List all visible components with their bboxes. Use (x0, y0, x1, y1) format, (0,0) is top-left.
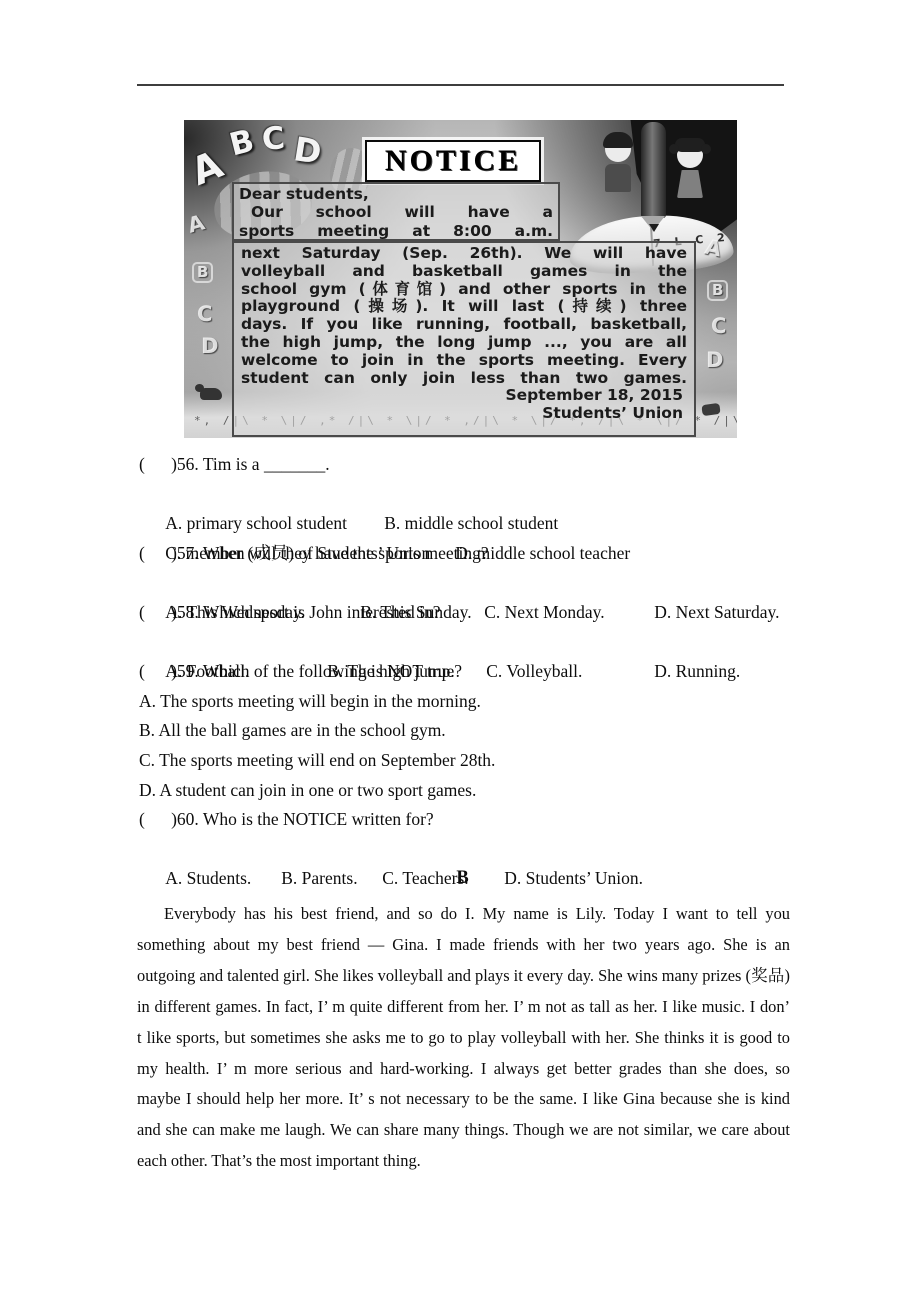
option-d: D. Students’ Union. (504, 864, 643, 894)
passage-line: in different games. In fact, I’ m quite … (137, 992, 790, 1023)
passage-line: t like sports, but sometimes she asks me… (137, 1023, 790, 1054)
girl-head (677, 142, 703, 168)
option-c: C. The sports meeting will end on Septem… (139, 746, 495, 776)
notice-image: A B C D 7 L C 2 A B C D A B C (184, 120, 737, 438)
question-59-option-d: D. A student can join in one or two spor… (139, 776, 786, 806)
option-c: C. Next Monday. (484, 598, 654, 628)
option-b: B. All the ball games are in the school … (139, 716, 446, 746)
boy-body (605, 164, 631, 192)
option-d: D. Running. (654, 657, 740, 687)
notice-date: September 18, 2015 (241, 387, 687, 405)
letter-d-decoration: D (291, 129, 324, 172)
option-c: C. Volleyball. (486, 657, 654, 687)
pencil-lead-icon (649, 224, 659, 232)
edge-letter-d-left: D (201, 334, 218, 358)
option-d: D. A student can join in one or two spor… (139, 776, 476, 806)
question-59-option-c: C. The sports meeting will end on Septem… (139, 746, 786, 776)
passage-line: Everybody has his best friend, and so do… (137, 899, 790, 930)
question-60-stem: ( )60. Who is the NOTICE written for? (139, 805, 786, 835)
letter-b-decoration: B (226, 123, 258, 164)
letter-c-decoration: C (260, 120, 286, 158)
girl-body (677, 170, 703, 198)
edge-letter-d-right: D (706, 348, 723, 372)
notice-line: student can only join less than two game… (241, 370, 687, 388)
passage-line: maybe I should help her more. It’ s not … (137, 1084, 790, 1115)
question-57-options: A. This Wednesday.B. This Sunday.C. Next… (139, 568, 786, 598)
option-d: D. Next Saturday. (654, 598, 779, 628)
edge-letter-b-left: B (192, 262, 213, 283)
edge-letter-c-right: C (711, 314, 726, 338)
question-59-option-a: A. The sports meeting will begin in the … (139, 687, 786, 717)
passage-line: and she can make me laugh. We can share … (137, 1115, 790, 1146)
notice-line: days. If you like running, football, bas… (241, 316, 687, 334)
notice-title: NOTICE (365, 140, 541, 182)
option-a: A. Students. (165, 864, 281, 894)
girl-illustration (677, 142, 703, 198)
passage-line: something about my best friend — Gina. I… (137, 930, 790, 961)
option-a: A. The sports meeting will begin in the … (139, 687, 481, 717)
notice-line: school gym (体育馆) and other sports in the (241, 281, 687, 299)
letter-a-decoration: A (185, 142, 229, 194)
question-56-stem: ( )56. Tim is a _______. (139, 450, 786, 480)
option-b: B. Parents. (281, 864, 382, 894)
notice-salutation: Dear students, (239, 185, 553, 203)
animal-decoration (200, 388, 222, 400)
option-a: A. primary school student (165, 509, 384, 539)
notice-text-box-top: Dear students, Our school will have a sp… (232, 182, 560, 241)
boy-head (605, 136, 631, 162)
boy-illustration (605, 136, 631, 192)
notice-signature: Students’ Union (241, 405, 687, 423)
notice-line: volleyball and basketball games in the (241, 263, 687, 281)
notice-line: Our school will have a (239, 203, 553, 221)
passage-line: each other. That’s the most important th… (137, 1146, 790, 1177)
question-60-options: A. Students.B. Parents.C. Teachers.D. St… (139, 835, 786, 865)
question-57-stem: ( )57. When will they have the sports me… (139, 539, 786, 569)
notice-line: next Saturday (Sep. 26th). We will have (241, 245, 687, 263)
passage-b: Everybody has his best friend, and so do… (137, 899, 790, 1177)
notice-line: welcome to join in the sports meeting. E… (241, 352, 687, 370)
notice-text-box: next Saturday (Sep. 26th). We will have … (232, 241, 696, 437)
option-b: B. middle school student (384, 509, 558, 539)
pencil-icon (641, 122, 666, 218)
question-56-options-ab: A. primary school studentB. middle schoo… (139, 480, 786, 510)
questions-section: ( )56. Tim is a _______. A. primary scho… (139, 450, 786, 894)
notice-line: playground (操场). It will last (持续) three (241, 298, 687, 316)
passage-line: my health. I’ m more serious and hard-wo… (137, 1054, 790, 1085)
divider-line (137, 84, 784, 86)
notice-line: the high jump, the long jump ..., you ar… (241, 334, 687, 352)
edge-letter-b-right: B (707, 280, 728, 301)
question-58-options: A. Football.B. The high jump.C. Volleyba… (139, 628, 786, 658)
question-59-option-b: B. All the ball games are in the school … (139, 716, 786, 746)
edge-letter-c-left: C (197, 302, 212, 326)
passage-line: outgoing and talented girl. She likes vo… (137, 961, 790, 992)
notice-line: sports meeting at 8:00 a.m. (239, 222, 553, 240)
option-c: C. Teachers. (382, 864, 504, 894)
test-paper-page: A B C D 7 L C 2 A B C D A B C (0, 0, 920, 1302)
